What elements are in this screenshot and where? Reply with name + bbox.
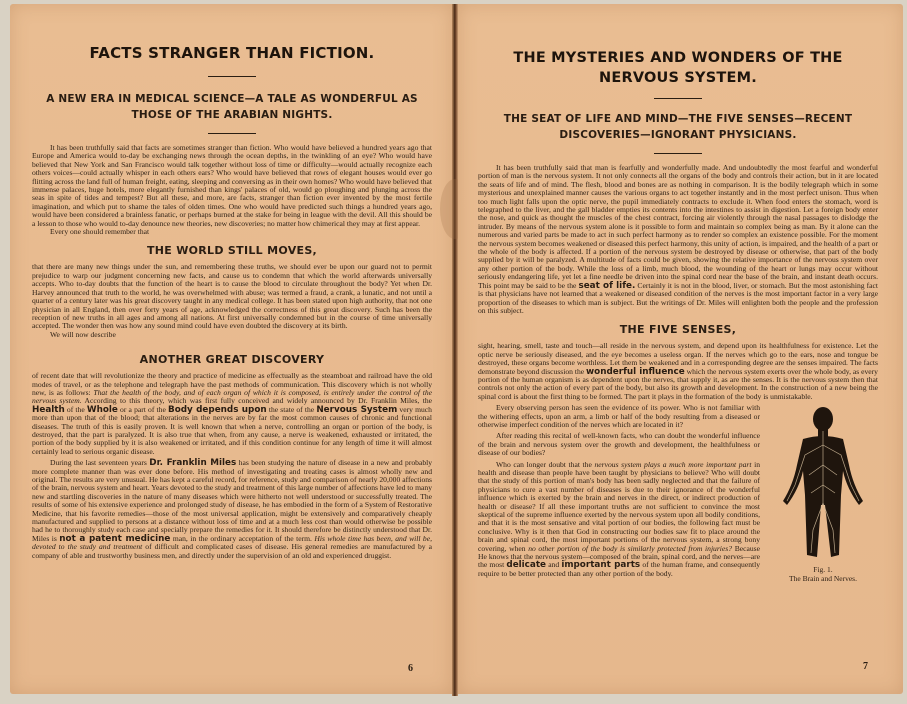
discovery-paragraph: of recent date that will revolutionize t… bbox=[32, 372, 432, 456]
page-number: 6 bbox=[408, 663, 413, 674]
page-title: FACTS STRANGER THAN FICTION. bbox=[32, 44, 432, 62]
nervous-system-figure-icon bbox=[773, 405, 873, 565]
figure-label: Fig. 1. bbox=[768, 565, 878, 574]
five-senses-paragraph: sight, hearing, smell, taste and touch—a… bbox=[478, 342, 878, 401]
intro-paragraph: It has been truthfully said that facts a… bbox=[32, 144, 432, 228]
page-left: FACTS STRANGER THAN FICTION. A NEW ERA I… bbox=[10, 4, 452, 694]
divider bbox=[654, 153, 702, 154]
page-right: THE MYSTERIES AND WONDERS OF THE NERVOUS… bbox=[458, 4, 903, 694]
page-left-content: FACTS STRANGER THAN FICTION. A NEW ERA I… bbox=[32, 4, 432, 560]
section-heading-another-great-discovery: ANOTHER GREAT DISCOVERY bbox=[32, 353, 432, 366]
page-right-content: THE MYSTERIES AND WONDERS OF THE NERVOUS… bbox=[478, 4, 878, 585]
figure-caption: The Brain and Nerves. bbox=[768, 574, 878, 583]
page-subtitle: THE SEAT OF LIFE AND MIND—THE FIVE SENSE… bbox=[478, 111, 878, 143]
intro-lead: Every one should remember that bbox=[32, 228, 432, 236]
figure: Fig. 1. The Brain and Nerves. bbox=[768, 405, 878, 583]
page-title: THE MYSTERIES AND WONDERS OF THE NERVOUS… bbox=[478, 48, 878, 88]
section-heading-world-still-moves: THE WORLD STILL MOVES, bbox=[32, 244, 432, 257]
divider bbox=[208, 133, 256, 134]
miles-paragraph: During the last seventeen years Dr. Fran… bbox=[32, 459, 432, 560]
section-lead: We will now describe bbox=[32, 331, 432, 339]
intro-paragraph: It has been truthfully said that man is … bbox=[478, 164, 878, 315]
book-spread: FACTS STRANGER THAN FICTION. A NEW ERA I… bbox=[10, 4, 905, 698]
page-number: 7 bbox=[863, 661, 868, 672]
divider bbox=[208, 76, 256, 77]
page-subtitle: A NEW ERA IN MEDICAL SCIENCE—A TALE AS W… bbox=[32, 91, 432, 123]
section-heading-five-senses: THE FIVE SENSES, bbox=[478, 323, 878, 336]
section-paragraph: that there are many new things under the… bbox=[32, 263, 432, 330]
divider bbox=[654, 98, 702, 99]
